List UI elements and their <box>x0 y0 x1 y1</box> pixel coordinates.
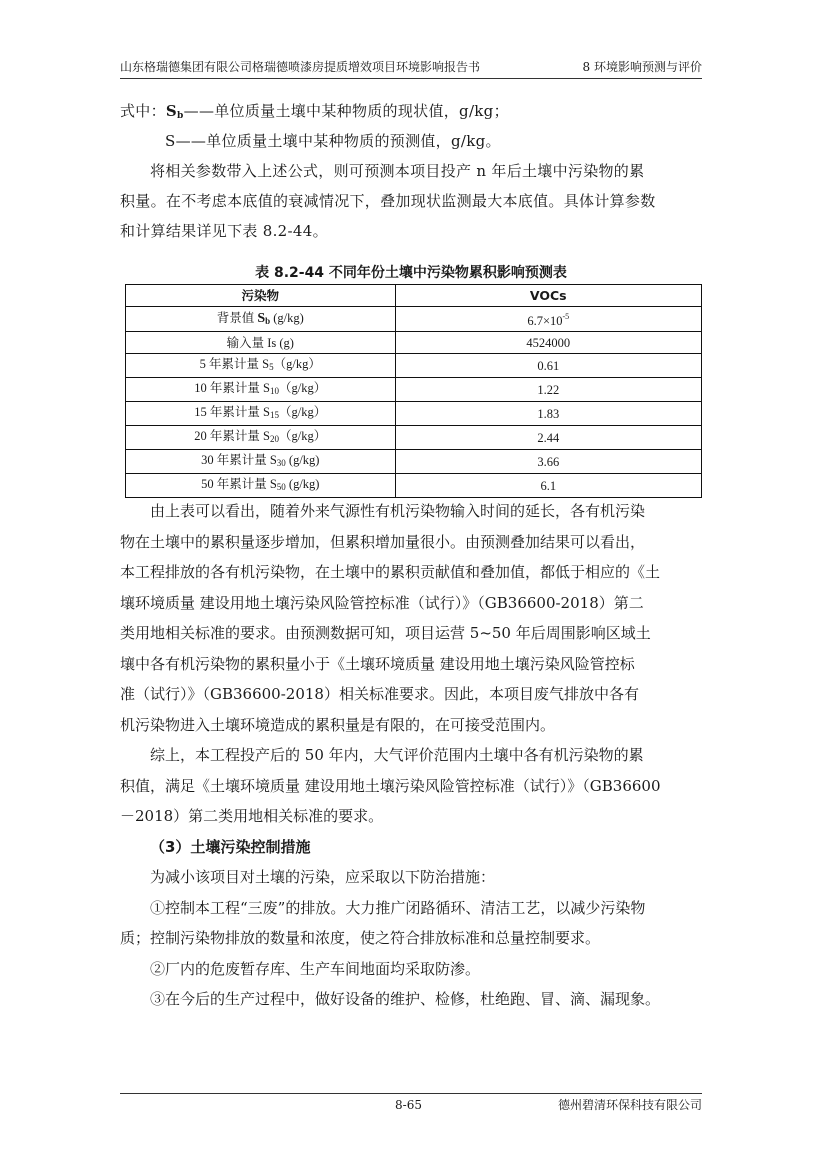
s-text: ——单位质量土壤中某种物质的预测值，g/kg。 <box>176 132 501 150</box>
analysis-paragraph: 由上表可以看出，随着外来气源性有机污染物输入时间的延长，各有机污染 物在土壤中的… <box>120 496 702 740</box>
analysis-line: 机污染物进入土壤环境造成的累积量是有限的，在可接受范围内。 <box>120 710 702 741</box>
row-value: 1.22 <box>395 378 701 402</box>
row-value: 6.1 <box>395 474 701 498</box>
accumulation-table: 污染物 VOCs 背景值 Sb (g/kg) 6.7×10-5 输入量 Is (… <box>125 284 702 498</box>
formula-notes: 式中：Sb——单位质量土壤中某种物质的现状值，g/kg； S——单位质量土壤中某… <box>120 96 702 246</box>
table-row: 20 年累计量 S20（g/kg） 2.44 <box>126 426 702 450</box>
page-header: 山东格瑞德集团有限公司格瑞德喷漆房提质增效项目环境影响报告书 8 环境影响预测与… <box>120 58 702 78</box>
header-chapter-title: 8 环境影响预测与评价 <box>583 58 702 76</box>
page-footer: 8-65 德州碧清环保科技有限公司 <box>120 1096 702 1114</box>
summary-line: 积值，满足《土壤环境质量 建设用地土壤污染风险管控标准（试行）》（GB36600 <box>120 771 702 802</box>
sb-symbol: S <box>166 102 177 120</box>
table-row: 15 年累计量 S15（g/kg） 1.83 <box>126 402 702 426</box>
footer-divider <box>120 1093 702 1094</box>
intro-line-1: 将相关参数带入上述公式，则可预测本项目投产 n 年后土壤中污染物的累 <box>120 156 702 186</box>
summary-paragraph: 综上，本工程投产后的 50 年内，大气评价范围内土壤中各有机污染物的累 积值，满… <box>120 740 702 862</box>
row-value: 6.7×10-5 <box>395 307 701 332</box>
row-value: 3.66 <box>395 450 701 474</box>
row-value: 4524000 <box>395 332 701 354</box>
table-row: 30 年累计量 S30 (g/kg) 3.66 <box>126 450 702 474</box>
table-caption: 表 8.2-44 不同年份土壤中污染物累积影响预测表 <box>120 262 702 284</box>
analysis-line: 物在土壤中的累积量逐步增加，但累积增加量很小。由预测叠加结果可以看出， <box>120 527 702 558</box>
table-row: 5 年累计量 S5（g/kg） 0.61 <box>126 354 702 378</box>
measure-item-1: ①控制本工程“三废”的排放。大力推广闭路循环、清洁工艺，以减少污染物 <box>120 893 702 924</box>
analysis-line: 准（试行）》（GB36600-2018）相关标准要求。因此，本项目废气排放中各有 <box>120 679 702 710</box>
sb-prefix: 式中： <box>120 102 166 120</box>
table-row: 背景值 Sb (g/kg) 6.7×10-5 <box>126 307 702 332</box>
row-label: 背景值 Sb (g/kg) <box>126 307 396 332</box>
row-value: 0.61 <box>395 354 701 378</box>
row-label: 10 年累计量 S10（g/kg） <box>126 378 396 402</box>
document-page: 山东格瑞德集团有限公司格瑞德喷漆房提质增效项目环境影响报告书 8 环境影响预测与… <box>0 0 827 1169</box>
analysis-line: 本工程排放的各有机污染物，在土壤中的累积贡献值和叠加值，都低于相应的《土 <box>120 557 702 588</box>
header-vocs: VOCs <box>395 285 701 307</box>
table-row: 10 年累计量 S10（g/kg） 1.22 <box>126 378 702 402</box>
measure-item-3: ③在今后的生产过程中，做好设备的维护、检修，杜绝跑、冒、滴、漏现象。 <box>120 984 702 1015</box>
analysis-line: 壤中各有机污染物的累积量小于《土壤环境质量 建设用地土壤污染风险管控标 <box>120 649 702 680</box>
s-symbol: S <box>165 132 176 150</box>
measures-intro: 为减小该项目对土壤的污染，应采取以下防治措施： <box>120 862 702 893</box>
analysis-line: 壤环境质量 建设用地土壤污染风险管控标准（试行）》（GB36600-2018）第… <box>120 588 702 619</box>
table-row: 50 年累计量 S50 (g/kg) 6.1 <box>126 474 702 498</box>
header-pollutant: 污染物 <box>126 285 396 307</box>
sb-definition: 式中：Sb——单位质量土壤中某种物质的现状值，g/kg； <box>120 96 702 126</box>
analysis-line: 由上表可以看出，随着外来气源性有机污染物输入时间的延长，各有机污染 <box>120 496 702 527</box>
table-row: 输入量 Is (g) 4524000 <box>126 332 702 354</box>
header-divider <box>120 78 702 79</box>
row-label: 20 年累计量 S20（g/kg） <box>126 426 396 450</box>
row-label: 输入量 Is (g) <box>126 332 396 354</box>
header-report-title: 山东格瑞德集团有限公司格瑞德喷漆房提质增效项目环境影响报告书 <box>120 58 480 76</box>
summary-line: －2018）第二类用地相关标准的要求。 <box>120 801 702 832</box>
footer-company: 德州碧清环保科技有限公司 <box>558 1096 702 1114</box>
row-value: 1.83 <box>395 402 701 426</box>
sb-subscript: b <box>177 111 184 121</box>
measures-list: 为减小该项目对土壤的污染，应采取以下防治措施： ①控制本工程“三废”的排放。大力… <box>120 862 702 1015</box>
section-heading: （3）土壤污染控制措施 <box>120 832 702 863</box>
row-label: 30 年累计量 S30 (g/kg) <box>126 450 396 474</box>
intro-line-2: 积量。在不考虑本底值的衰减情况下，叠加现状监测最大本底值。具体计算参数 <box>120 186 702 216</box>
measure-item-1-cont: 质；控制污染物排放的数量和浓度，使之符合排放标准和总量控制要求。 <box>120 923 702 954</box>
row-label: 15 年累计量 S15（g/kg） <box>126 402 396 426</box>
summary-line: 综上，本工程投产后的 50 年内，大气评价范围内土壤中各有机污染物的累 <box>120 740 702 771</box>
row-value: 2.44 <box>395 426 701 450</box>
row-label: 50 年累计量 S50 (g/kg) <box>126 474 396 498</box>
measure-item-2: ②厂内的危废暂存库、生产车间地面均采取防渗。 <box>120 954 702 985</box>
analysis-line: 类用地相关标准的要求。由预测数据可知，项目运营 5~50 年后周围影响区域土 <box>120 618 702 649</box>
s-definition: S——单位质量土壤中某种物质的预测值，g/kg。 <box>120 126 702 156</box>
table-header-row: 污染物 VOCs <box>126 285 702 307</box>
page-number: 8-65 <box>395 1096 422 1114</box>
row-label: 5 年累计量 S5（g/kg） <box>126 354 396 378</box>
sb-text: ——单位质量土壤中某种物质的现状值，g/kg； <box>184 102 509 120</box>
intro-line-3: 和计算结果详见下表 8.2-44。 <box>120 216 702 246</box>
